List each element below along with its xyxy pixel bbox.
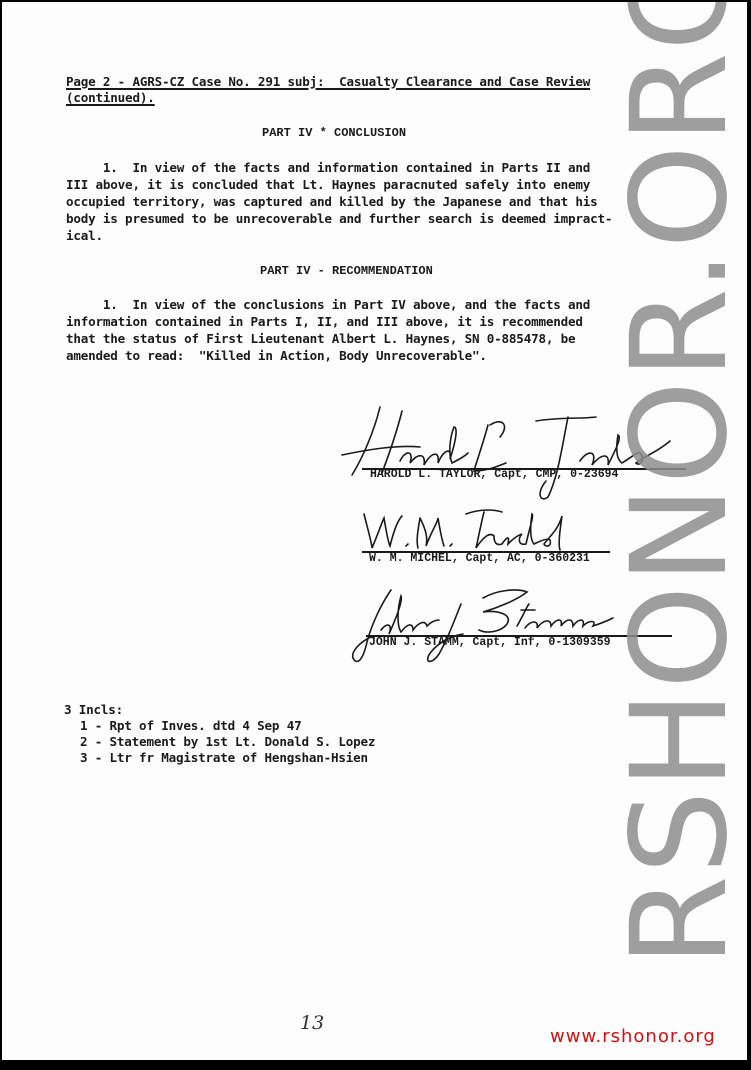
recommendation-paragraph: 1. In view of the conclusions in Part IV… bbox=[66, 297, 96, 387]
header-line-2: (continued). bbox=[66, 90, 155, 105]
document-header: Page 2 - AGRS-CZ Case No. 291 subj: Casu… bbox=[66, 74, 96, 134]
recommendation-line: amended to read: "Killed in Action, Body… bbox=[66, 348, 487, 363]
recommendation-line: information contained in Parts I, II, an… bbox=[66, 314, 583, 329]
watermark-text: RSHONOR.ORG bbox=[614, 107, 714, 967]
conclusion-line: occupied territory, was captured and kil… bbox=[66, 194, 598, 209]
conclusion-line: body is presumed to be unrecoverable and… bbox=[66, 211, 612, 226]
recommendation-heading: PART IV - RECOMMENDATION bbox=[260, 264, 433, 278]
recommendation-line: 1. In view of the conclusions in Part IV… bbox=[66, 297, 590, 312]
inclosures-list: 3 Incls: 1 - Rpt of Inves. dtd 4 Sep 47 … bbox=[64, 702, 94, 792]
inclosure-item: 2 - Statement by 1st Lt. Donald S. Lopez bbox=[80, 734, 375, 749]
document-page: Page 2 - AGRS-CZ Case No. 291 subj: Casu… bbox=[2, 2, 747, 1060]
conclusion-heading: PART IV * CONCLUSION bbox=[262, 126, 406, 140]
conclusion-paragraph: 1. In view of the facts and information … bbox=[66, 160, 96, 265]
page-number: 13 bbox=[300, 1012, 324, 1034]
signatory-name-stamm: JOHN J. STAMM, Capt, Inf, 0-1309359 bbox=[369, 636, 611, 649]
inclosure-item: 1 - Rpt of Inves. dtd 4 Sep 47 bbox=[80, 718, 301, 733]
inclosures-title: 3 Incls: bbox=[64, 702, 123, 717]
conclusion-line: III above, it is concluded that Lt. Hayn… bbox=[66, 177, 590, 192]
recommendation-line: that the status of First Lieutenant Albe… bbox=[66, 331, 575, 346]
conclusion-line: ical. bbox=[66, 228, 103, 243]
signatory-name-taylor: HAROLD L. TAYLOR, Capt, CMP, 0-23694 bbox=[370, 468, 618, 481]
watermark-url[interactable]: www.rshonor.org bbox=[550, 1026, 716, 1047]
header-line-1: Page 2 - AGRS-CZ Case No. 291 subj: Casu… bbox=[66, 74, 590, 89]
inclosure-item: 3 - Ltr fr Magistrate of Hengshan-Hsien bbox=[80, 750, 368, 765]
signatory-name-michel: W. M. MICHEL, Capt, AC, 0-360231 bbox=[369, 552, 590, 565]
handwritten-signature-stamm bbox=[347, 580, 627, 670]
conclusion-line: 1. In view of the facts and information … bbox=[66, 160, 590, 175]
